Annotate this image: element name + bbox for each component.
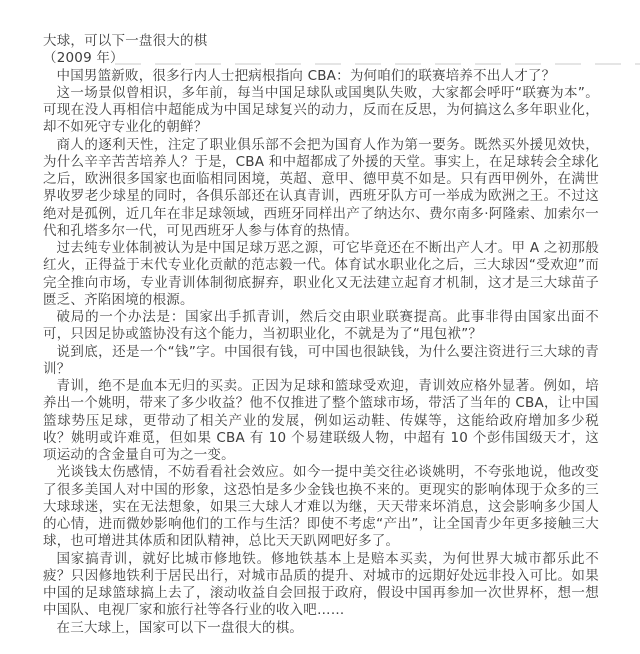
document-title: 大球，可以下一盘很大的棋: [43, 33, 599, 50]
paragraph: 国家搞青训，就好比城市修地铁。修地铁基本上是赔本买卖，为何世界大城市都乐此不疲？…: [43, 551, 599, 620]
paragraph: 说到底，还是一个“钱”字。中国很有钱，可中国也很缺钱，为什么要注资进行三大球的青…: [43, 344, 599, 379]
paragraph: 这一场景似曾相识，多年前，每当中国足球队或国奥队失败，大家都会呼吁“联赛为本”。…: [43, 85, 599, 137]
paragraph: 中国男篮新败，很多行内人士把病根指向 CBA：为何咱们的联赛培养不出人才了？: [43, 68, 599, 85]
paragraph: 过去纯专业体制被认为是中国足球万恶之源，可它毕竟还在不断出产人才。甲 A 之初那…: [43, 240, 599, 309]
paragraph: 青训，绝不是血本无归的买卖。正因为足球和篮球受欢迎，青训效应格外显著。例如，培养…: [43, 378, 599, 464]
paragraph: 光谈钱太伤感情，不妨看看社会效应。如今一提中美交往必谈姚明，不夸张地说，他改变了…: [43, 464, 599, 550]
document-page: 大球，可以下一盘很大的棋 （2009 年） 中国男篮新败，很多行内人士把病根指向…: [43, 33, 599, 637]
document-body: 中国男篮新败，很多行内人士把病根指向 CBA：为何咱们的联赛培养不出人才了？这一…: [43, 68, 599, 637]
paragraph: 商人的逐利天性，注定了职业俱乐部不会把为国育人作为第一要务。既然买外援见效快，为…: [43, 137, 599, 241]
document-year: （2009 年）: [43, 50, 599, 67]
paragraph: 在三大球上，国家可以下一盘很大的棋。: [43, 620, 599, 637]
paragraph: 破局的一个办法是：国家出手抓青训，然后交由职业联赛提高。此事非得由国家出面不可，…: [43, 309, 599, 344]
